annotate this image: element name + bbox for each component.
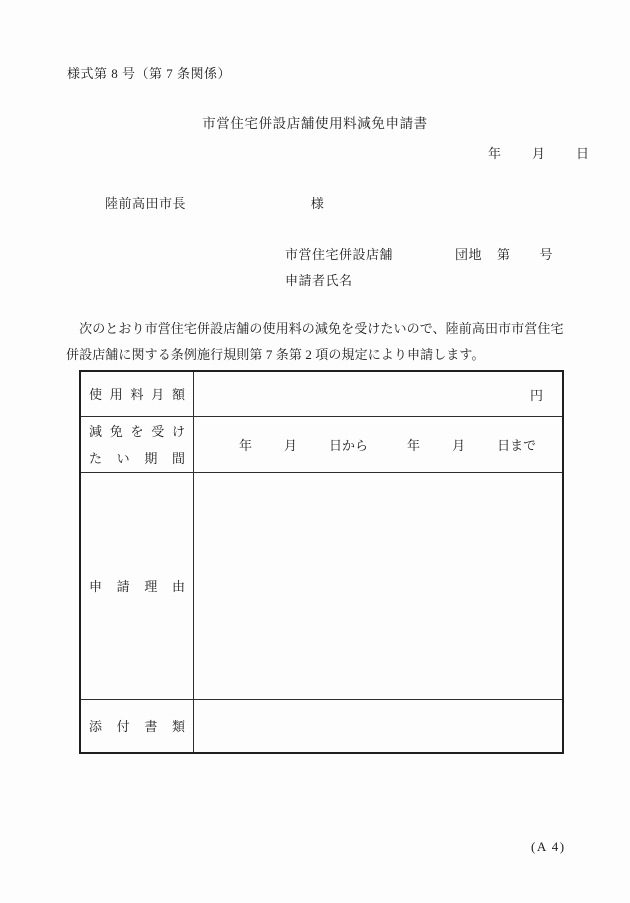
honorific-label: 様: [311, 193, 325, 212]
body-line-2: 併設店舗に関する条例施行規則第 7 条第 2 項の規定により申請します。: [66, 342, 566, 368]
date-line: 年 月 日: [488, 143, 589, 162]
addressee-name: 陸前高田市長: [105, 196, 186, 211]
attachments-label-cell: 添付書類: [81, 700, 194, 752]
form-number-text: 様式第 8 号（第 7 条関係）: [67, 63, 231, 82]
complex-label: 団地: [455, 244, 482, 263]
paper-size-label: (A 4): [531, 839, 566, 855]
yen-unit-label: 円: [530, 385, 543, 404]
period-from-year-label: 年: [239, 435, 252, 454]
page-title: 市営住宅併設店舗使用料減免申請書: [0, 112, 630, 132]
fee-row: 使用料月額 円: [81, 372, 562, 416]
period-from-month-label: 月: [284, 435, 297, 454]
body-line-1: 次のとおり市営住宅併設店舗の使用料の減免を受けたいので、陸前高田市市営住宅: [66, 316, 566, 342]
period-label-cell: 減免を受け たい期間: [81, 417, 194, 472]
store-identification-line: 市営住宅併設店舗 団地 第 号: [285, 244, 553, 263]
reason-label: 申請理由: [89, 573, 185, 600]
applicant-name-label: 申請者氏名: [285, 270, 353, 289]
reason-value-cell: [194, 473, 562, 699]
period-label-line-1: 減免を受け: [89, 418, 185, 445]
number-suffix-label: 号: [540, 244, 554, 263]
period-label-line-2: たい期間: [89, 445, 185, 472]
reason-row: 申請理由: [81, 472, 562, 699]
period-to-month-label: 月: [452, 435, 465, 454]
date-month-label: 月: [532, 143, 545, 162]
attachments-value-cell: [194, 700, 562, 752]
reason-label-cell: 申請理由: [81, 473, 194, 699]
date-day-label: 日: [576, 143, 589, 162]
date-year-label: 年: [488, 143, 501, 162]
period-to-year-label: 年: [407, 435, 420, 454]
attachments-row: 添付書類: [81, 699, 562, 752]
document-page: 様式第 8 号（第 7 条関係） 市営住宅併設店舗使用料減免申請書 年 月 日 …: [0, 0, 630, 903]
application-table: 使用料月額 円 減免を受け たい期間 年 月 日から 年 月 日まで 申請理由: [79, 370, 564, 754]
body-paragraph: 次のとおり市営住宅併設店舗の使用料の減免を受けたいので、陸前高田市市営住宅 併設…: [66, 316, 566, 368]
period-to-day-label: 日まで: [497, 435, 536, 454]
number-prefix-label: 第: [497, 244, 511, 263]
fee-value-cell: 円: [194, 372, 562, 416]
fee-label-cell: 使用料月額: [81, 372, 194, 416]
store-name-label: 市営住宅併設店舗: [285, 244, 393, 263]
period-value-cell: 年 月 日から 年 月 日まで: [194, 417, 562, 472]
addressee-line: 陸前高田市長 様: [105, 193, 324, 212]
fee-label: 使用料月額: [89, 381, 185, 408]
period-row: 減免を受け たい期間 年 月 日から 年 月 日まで: [81, 416, 562, 472]
attachments-label: 添付書類: [89, 713, 185, 740]
period-from-day-label: 日から: [329, 435, 368, 454]
